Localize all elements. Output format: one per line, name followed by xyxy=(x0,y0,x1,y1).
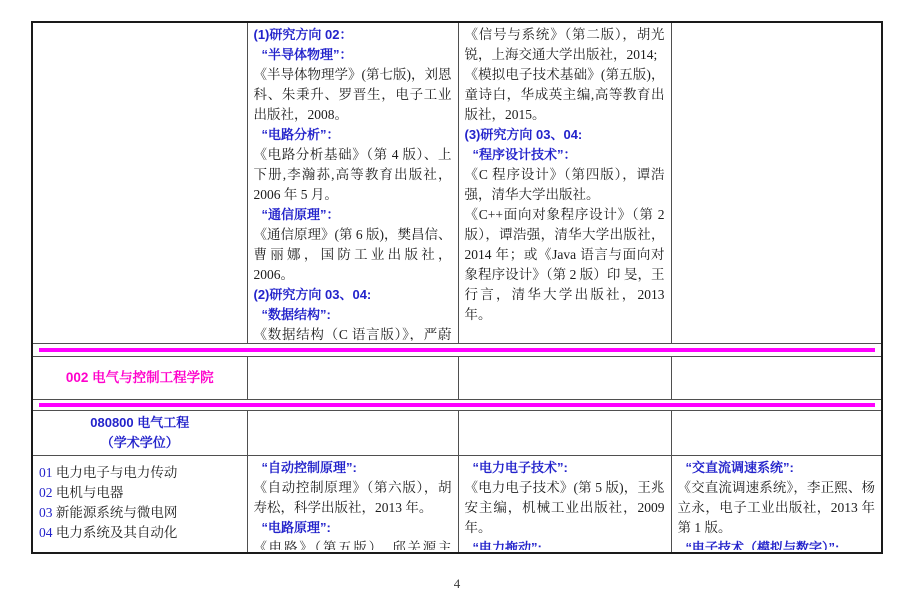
cell-content xyxy=(254,413,452,453)
text-run: 002 电气与控制工程学院 xyxy=(66,370,214,385)
text-run: “电力电子技术”: xyxy=(473,460,568,475)
cell-college-title: 002 电气与控制工程学院 xyxy=(32,357,247,400)
text-run: 电力系统及其自动化 xyxy=(56,525,178,540)
paragraph: （学术学位） xyxy=(39,433,241,453)
text-run: 《通信原理》(第 6 版)，樊昌信、曹丽娜，国防工业出版社，2006。 xyxy=(254,227,452,282)
text-run: 080800 电气工程 xyxy=(90,415,189,430)
cell-books-right: 《信号与系统》（第二版），胡光锐，上海交通大学出版社，2014;《模拟电子技术基… xyxy=(458,22,671,344)
text-run: 《C 程序设计》（第四版），谭浩强，清华大学出版社。 xyxy=(465,167,665,202)
text-run: （学术学位） xyxy=(101,435,179,450)
paragraph: “数据结构”: xyxy=(254,305,452,325)
magenta-separator-bar xyxy=(39,348,875,352)
cell-content: 080800 电气工程（学术学位） xyxy=(39,413,241,453)
cell-content xyxy=(678,359,876,397)
magenta-separator xyxy=(32,400,882,411)
text-run: 01 xyxy=(39,465,56,480)
text-run: “通信原理”： xyxy=(262,207,340,222)
paragraph: “半导体物理”： xyxy=(254,45,452,65)
text-run: 《数据结构（C 语言版）》，严蔚敏，清华大学出版社，2007 年。 xyxy=(254,327,452,341)
cell-books-speed-control: “交直流调速系统”:《交直流调速系统》，李正熙、杨立永，电子工业出版社，2013… xyxy=(671,456,882,554)
text-run: (2)研究方向 03、04: xyxy=(254,287,372,302)
text-run: “数据结构”: xyxy=(262,307,331,322)
cell-content: (1)研究方向 02：“半导体物理”：《半导体物理学》(第七版)，刘恩科、朱秉升… xyxy=(254,25,452,341)
text-run: “程序设计技术”： xyxy=(473,147,577,162)
paragraph: (2)研究方向 03、04: xyxy=(254,285,452,305)
text-run: 《交直流调速系统》，李正熙、杨立永，电子工业出版社，2013 年第 1 版。 xyxy=(678,480,876,535)
magenta-separator-1 xyxy=(32,344,882,357)
paragraph: 《C++面向对象程序设计》（第 2 版），谭浩强，清华大学出版社，2014 年；… xyxy=(465,205,665,325)
paragraph: 《自动控制原理》（第六版），胡寿松，科学出版社，2013 年。 xyxy=(254,478,452,518)
paragraph: “电子技术（模拟与数字）”: xyxy=(678,538,876,550)
paragraph: 03 新能源系统与微电网 xyxy=(39,503,241,523)
paragraph: 《电力电子技术》(第 5 版)，王兆安主编，机械工业出版社，2009 年。 xyxy=(465,478,665,538)
paragraph: 04 电力系统及其自动化 xyxy=(39,523,241,543)
cell-content xyxy=(254,359,452,397)
paragraph: 002 电气与控制工程学院 xyxy=(39,368,241,388)
paragraph: “电力电子技术”: xyxy=(465,458,665,478)
cell-empty xyxy=(247,411,458,456)
paragraph: 《信号与系统》（第二版），胡光锐，上海交通大学出版社，2014; xyxy=(465,25,665,65)
text-run: “自动控制原理”: xyxy=(262,460,357,475)
cell-books-power-electronics: “电力电子技术”:《电力电子技术》(第 5 版)，王兆安主编，机械工业出版社，2… xyxy=(458,456,671,554)
cell-content xyxy=(465,359,665,397)
paragraph: 《模拟电子技术基础》(第五版)，童诗白，华成英主编,高等教育出版社，2015。 xyxy=(465,65,665,125)
cell-research-directions: 01 电力电子与电力传动02 电机与电器03 新能源系统与微电网04 电力系统及… xyxy=(32,456,247,554)
paragraph: 《电路分析基础》（第 4 版）、上下册,李瀚荪,高等教育出版社，2006 年 5… xyxy=(254,145,452,205)
paragraph: “电路原理”: xyxy=(254,518,452,538)
text-run: 《信号与系统》（第二版），胡光锐，上海交通大学出版社，2014; xyxy=(465,27,665,62)
cell-books-auto-control: “自动控制原理”:《自动控制原理》（第六版），胡寿松，科学出版社，2013 年。… xyxy=(247,456,458,554)
paragraph: 02 电机与电器 xyxy=(39,483,241,503)
text-run: 02 xyxy=(39,485,56,500)
text-run: 《电力电子技术》(第 5 版)，王兆安主编，机械工业出版社，2009 年。 xyxy=(465,480,665,535)
paragraph: 《数据结构（C 语言版）》，严蔚敏，清华大学出版社，2007 年。 xyxy=(254,325,452,341)
course-reference-table: (1)研究方向 02：“半导体物理”：《半导体物理学》(第七版)，刘恩科、朱秉升… xyxy=(31,21,883,554)
text-run: 新能源系统与微电网 xyxy=(56,505,178,520)
text-run: (1)研究方向 02： xyxy=(254,27,353,42)
cell-majors-empty xyxy=(32,22,247,344)
cell-content: 《信号与系统》（第二版），胡光锐，上海交通大学出版社，2014;《模拟电子技术基… xyxy=(465,25,665,341)
paragraph: 《电路》（第五版），邱关源主编， xyxy=(254,538,452,550)
paragraph: 《C 程序设计》（第四版），谭浩强，清华大学出版社。 xyxy=(465,165,665,205)
cell-books-left: (1)研究方向 02：“半导体物理”：《半导体物理学》(第七版)，刘恩科、朱秉升… xyxy=(247,22,458,344)
text-run: 《电路分析基础》（第 4 版）、上下册,李瀚荪,高等教育出版社，2006 年 5… xyxy=(254,147,452,202)
text-run: “电子技术（模拟与数字）”: xyxy=(686,540,840,550)
text-run: 03 xyxy=(39,505,56,520)
document-page: (1)研究方向 02：“半导体物理”：《半导体物理学》(第七版)，刘恩科、朱秉升… xyxy=(0,0,914,614)
cell-content xyxy=(39,25,241,341)
cell-major-title: 080800 电气工程（学术学位） xyxy=(32,411,247,456)
cell-empty xyxy=(458,357,671,400)
cell-empty xyxy=(671,22,882,344)
cell-empty xyxy=(247,357,458,400)
paragraph: 《交直流调速系统》，李正熙、杨立永，电子工业出版社，2013 年第 1 版。 xyxy=(678,478,876,538)
text-run: “电力拖动”: xyxy=(473,540,542,550)
text-run: “交直流调速系统”: xyxy=(686,460,794,475)
cell-empty xyxy=(671,411,882,456)
cell-content: “自动控制原理”:《自动控制原理》（第六版），胡寿松，科学出版社，2013 年。… xyxy=(254,458,452,550)
row-college: 002 电气与控制工程学院 xyxy=(32,357,882,400)
magenta-separator-bar xyxy=(39,403,875,407)
paragraph: 080800 电气工程 xyxy=(39,413,241,433)
paragraph: “程序设计技术”： xyxy=(465,145,665,165)
paragraph: (1)研究方向 02： xyxy=(254,25,452,45)
paragraph: 01 电力电子与电力传动 xyxy=(39,458,241,483)
page-number: 4 xyxy=(0,576,914,592)
text-run: 04 xyxy=(39,525,56,540)
cell-content: “交直流调速系统”:《交直流调速系统》，李正熙、杨立永，电子工业出版社，2013… xyxy=(678,458,876,550)
text-run: 《C++面向对象程序设计》（第 2 版），谭浩强，清华大学出版社，2014 年；… xyxy=(465,207,665,322)
cell-content: “电力电子技术”:《电力电子技术》(第 5 版)，王兆安主编，机械工业出版社，2… xyxy=(465,458,665,550)
paragraph: “通信原理”： xyxy=(254,205,452,225)
text-run: “半导体物理”： xyxy=(262,47,353,62)
row-books-upper: (1)研究方向 02：“半导体物理”：《半导体物理学》(第七版)，刘恩科、朱秉升… xyxy=(32,22,882,344)
text-run: 《半导体物理学》(第七版)，刘恩科、朱秉升、罗晋生，电子工业出版社，2008。 xyxy=(254,67,452,122)
cell-empty xyxy=(458,411,671,456)
paragraph: “自动控制原理”: xyxy=(254,458,452,478)
paragraph: (3)研究方向 03、04: xyxy=(465,125,665,145)
cell-content xyxy=(678,413,876,453)
text-run: 电力电子与电力传动 xyxy=(56,465,178,480)
text-run: “电路分析”： xyxy=(262,127,340,142)
cell-content: 002 电气与控制工程学院 xyxy=(39,359,241,397)
table-body: (1)研究方向 02：“半导体物理”：《半导体物理学》(第七版)，刘恩科、朱秉升… xyxy=(32,22,882,553)
cell-content: 01 电力电子与电力传动02 电机与电器03 新能源系统与微电网04 电力系统及… xyxy=(39,458,241,550)
text-run: “电路原理”: xyxy=(262,520,331,535)
magenta-separator xyxy=(32,344,882,357)
text-run: (3)研究方向 03、04: xyxy=(465,127,583,142)
text-run: 《自动控制原理》（第六版），胡寿松，科学出版社，2013 年。 xyxy=(254,480,452,515)
paragraph: “电力拖动”: xyxy=(465,538,665,550)
paragraph: 《通信原理》(第 6 版)，樊昌信、曹丽娜，国防工业出版社，2006。 xyxy=(254,225,452,285)
paragraph: “交直流调速系统”: xyxy=(678,458,876,478)
text-run: 电机与电器 xyxy=(56,485,124,500)
cell-content xyxy=(678,25,876,341)
magenta-separator-2 xyxy=(32,400,882,411)
text-run: 《电路》（第五版），邱关源主编， xyxy=(254,540,452,550)
text-run: 《模拟电子技术基础》(第五版)，童诗白，华成英主编,高等教育出版社，2015。 xyxy=(465,67,665,122)
paragraph: 《半导体物理学》(第七版)，刘恩科、朱秉升、罗晋生，电子工业出版社，2008。 xyxy=(254,65,452,125)
paragraph: “电路分析”： xyxy=(254,125,452,145)
cell-content xyxy=(465,413,665,453)
row-major: 080800 电气工程（学术学位） xyxy=(32,411,882,456)
cell-empty xyxy=(671,357,882,400)
row-books-lower: 01 电力电子与电力传动02 电机与电器03 新能源系统与微电网04 电力系统及… xyxy=(32,456,882,554)
